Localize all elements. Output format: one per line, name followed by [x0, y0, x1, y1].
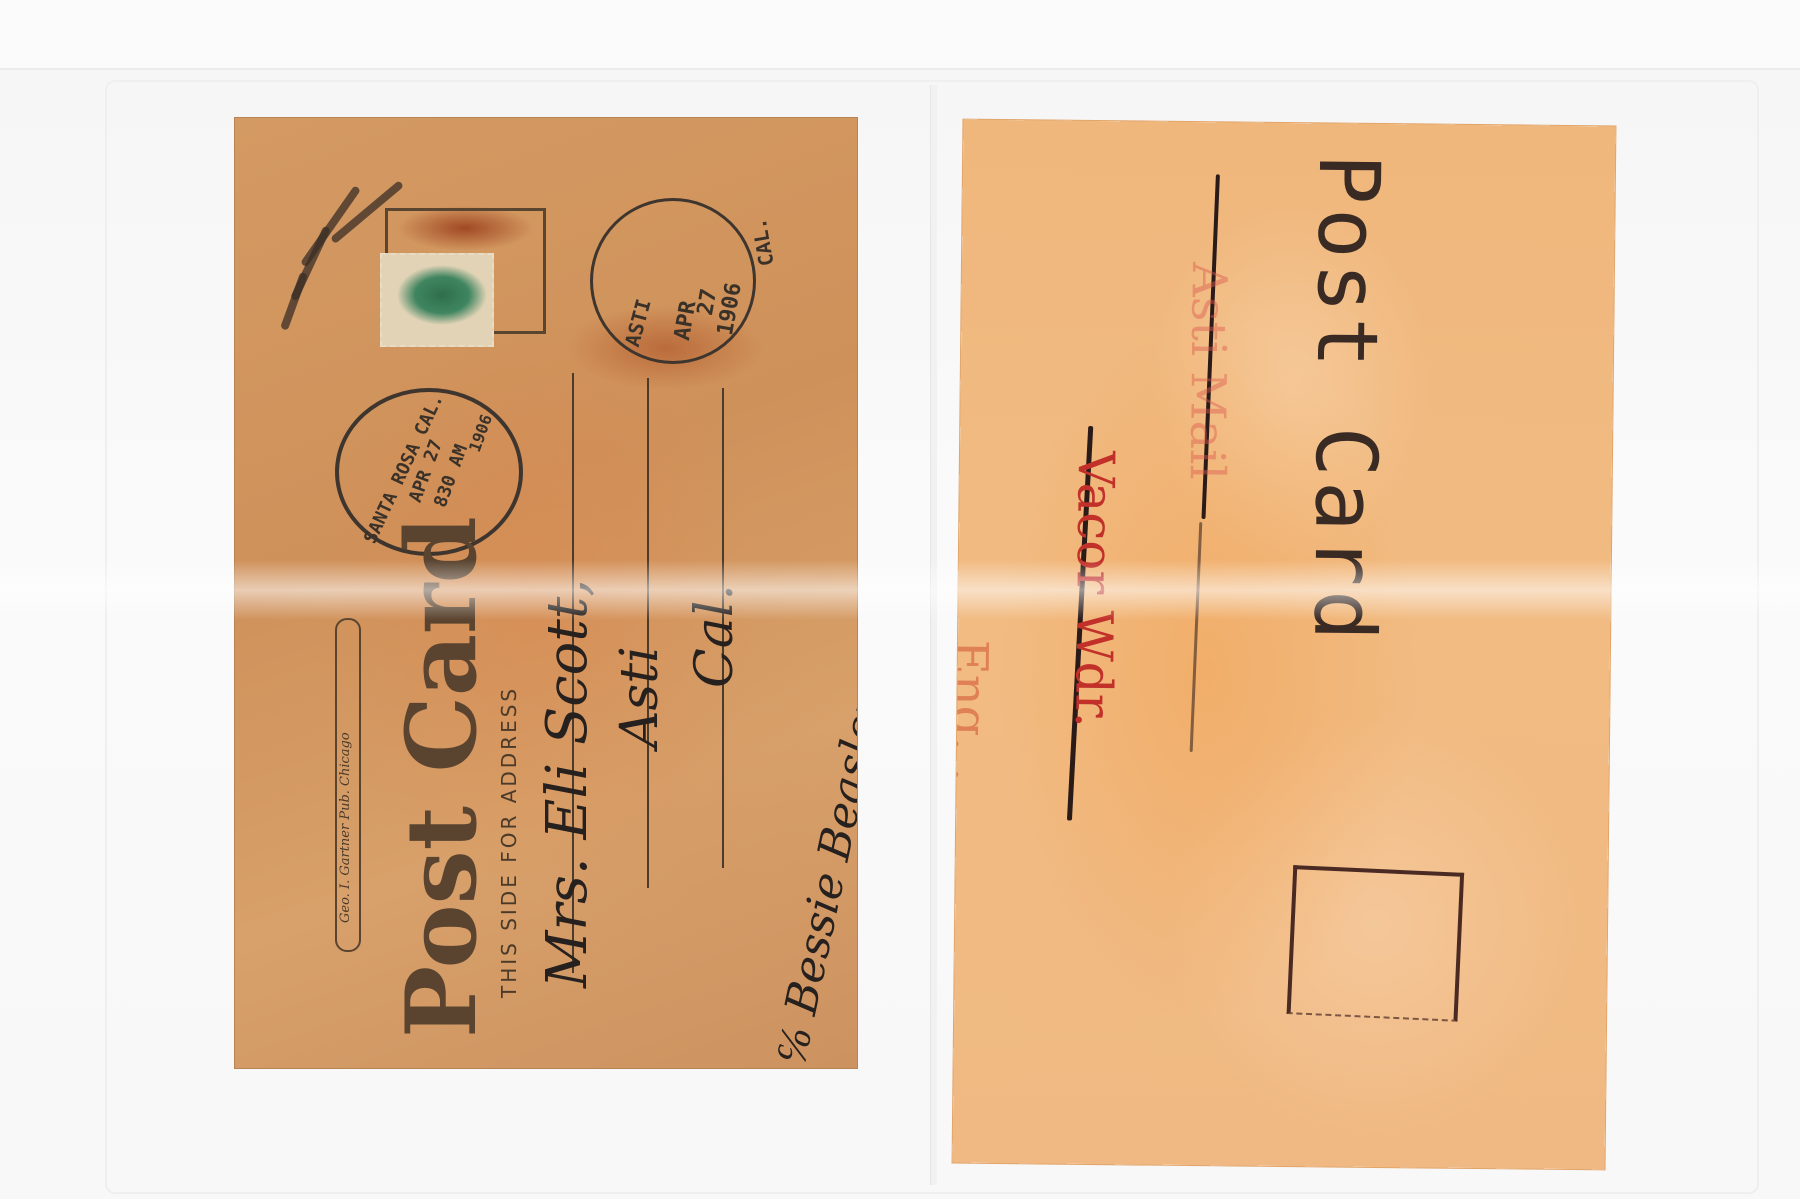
- sleeve-glare: [0, 560, 1800, 620]
- postcard-right: Post Card Asti Mail Vacor Wdr. Eng. .: [953, 120, 1616, 1170]
- red-faded-text: Asti Mail: [1179, 262, 1237, 480]
- red-text-small: Eng. .: [953, 639, 998, 782]
- publisher-imprint: Geo. I. Gartner Pub. Chicago: [338, 732, 353, 923]
- stamp-placeholder-box: [1287, 865, 1465, 1022]
- address-name: Mrs. Eli Scott,: [535, 579, 600, 988]
- postage-stamp: [380, 253, 494, 347]
- cancellation-bars: [270, 218, 390, 328]
- address-town: Asti: [610, 646, 670, 748]
- address-line-2: [647, 378, 649, 888]
- sleeve-divider: [930, 85, 937, 1185]
- postmark-asti: [590, 198, 756, 364]
- address-care-of: ℅ Bessie Beasley.: [765, 678, 857, 1068]
- printed-subtitle: THIS SIDE FOR ADDRESS: [497, 686, 521, 998]
- ink-line-faded: [1190, 522, 1203, 752]
